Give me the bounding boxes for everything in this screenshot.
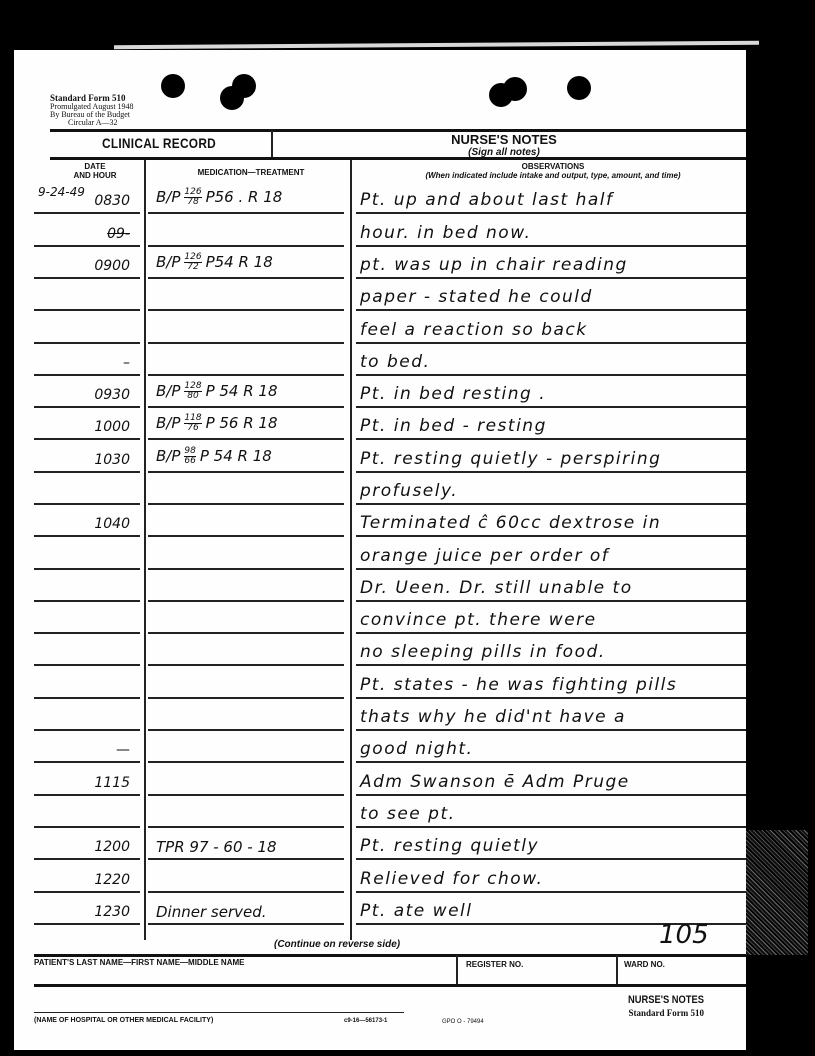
row-rule — [356, 858, 746, 860]
row-rule — [148, 826, 344, 828]
medication-entry: Dinner served. — [156, 903, 267, 921]
row-rule — [34, 503, 140, 505]
medication-entry: B/P11876P 56 R 18 — [156, 414, 278, 433]
observation-text: orange juice per order of — [360, 546, 609, 566]
entry-time: 1000 — [50, 419, 130, 435]
entry-time: 1230 — [50, 904, 130, 920]
scan-artifact — [746, 830, 808, 955]
page-top-edge — [114, 41, 759, 50]
row-rule — [356, 535, 746, 537]
row-rule — [148, 245, 344, 247]
observation-text: Pt. ate well — [360, 901, 472, 921]
row-rule — [34, 891, 140, 893]
entry-date: 9-24-49 — [38, 185, 85, 199]
row-rule — [34, 923, 140, 925]
observation-text: profusely. — [360, 481, 458, 501]
row-rule — [356, 245, 746, 247]
pulse-respiration: P 54 R 18 — [200, 447, 272, 465]
blood-pressure-fraction: 12880 — [184, 382, 201, 401]
divider — [616, 955, 618, 985]
row-rule — [356, 471, 746, 473]
row-rule — [356, 342, 746, 344]
punch-hole — [567, 76, 591, 100]
row-rule — [148, 212, 344, 214]
form-page: Standard Form 510 Promulgated August 194… — [14, 50, 746, 1050]
row-rule — [34, 342, 140, 344]
row-rule — [34, 761, 140, 763]
entry-time: 09- — [50, 226, 130, 242]
entry-time: 1030 — [50, 452, 130, 468]
row-rule — [148, 406, 344, 408]
footer-form-name: NURSE'S NOTES — [594, 994, 705, 1006]
divider — [50, 157, 746, 160]
row-rule — [34, 438, 140, 440]
circular-label: Circular A—32 — [50, 119, 150, 127]
row-rule — [148, 503, 344, 505]
row-rule — [34, 309, 140, 311]
clinical-record-title: CLINICAL RECORD — [102, 135, 216, 151]
row-rule — [356, 826, 746, 828]
punch-hole — [220, 86, 244, 110]
medication-entry: TPR 97 - 60 - 18 — [156, 838, 277, 856]
punch-hole — [489, 83, 513, 107]
form-id-block: Standard Form 510 Promulgated August 194… — [50, 94, 150, 127]
medication-entry: B/P12880P 54 R 18 — [156, 382, 278, 401]
bp-label: B/P — [156, 447, 180, 465]
row-rule — [34, 471, 140, 473]
entry-time: 1220 — [50, 872, 130, 888]
entry-time: 1200 — [50, 839, 130, 855]
bp-label: B/P — [156, 188, 180, 206]
column-divider — [350, 160, 352, 940]
observation-text: paper - stated he could — [360, 287, 593, 307]
row-rule — [34, 664, 140, 666]
column-divider — [144, 160, 146, 940]
observation-text: convince pt. there were — [360, 610, 597, 630]
observation-text: to bed. — [360, 352, 430, 372]
gpo-code: GPO O - 79494 — [442, 1019, 484, 1025]
observation-text: Dr. Ueen. Dr. still unable to — [360, 578, 633, 598]
row-rule — [148, 632, 344, 634]
medication-text: TPR 97 - 60 - 18 — [156, 838, 277, 856]
row-rule — [34, 826, 140, 828]
medication-treatment-header: MEDICATION—TREATMENT — [148, 168, 354, 177]
register-no-label: REGISTER NO. — [466, 960, 523, 969]
diastolic-value: 76 — [184, 424, 201, 433]
row-rule — [148, 438, 344, 440]
row-rule — [148, 374, 344, 376]
blood-pressure-fraction: 9866 — [184, 447, 195, 466]
hospital-name-label: (NAME OF HOSPITAL OR OTHER MEDICAL FACIL… — [34, 1017, 213, 1024]
hour-header-line: AND HOUR — [58, 171, 132, 180]
continue-note: (Continue on reverse side) — [274, 939, 400, 950]
row-rule — [148, 794, 344, 796]
entry-time: — — [50, 742, 130, 758]
bp-label: B/P — [156, 414, 180, 432]
divider — [456, 955, 458, 985]
row-rule — [34, 568, 140, 570]
pulse-respiration: P 56 R 18 — [206, 414, 278, 432]
row-rule — [34, 632, 140, 634]
entry-time: 1115 — [50, 775, 130, 791]
diastolic-value: 78 — [184, 198, 201, 207]
diastolic-value: 72 — [184, 263, 201, 272]
observation-text: Pt. resting quietly - perspiring — [360, 449, 661, 469]
row-rule — [356, 277, 746, 279]
row-rule — [34, 535, 140, 537]
row-rule — [356, 309, 746, 311]
row-rule — [148, 471, 344, 473]
blood-pressure-fraction: 11876 — [184, 414, 201, 433]
row-rule — [34, 212, 140, 214]
row-rule — [148, 761, 344, 763]
row-rule — [148, 858, 344, 860]
row-rule — [356, 891, 746, 893]
hospital-name-line — [34, 1012, 404, 1013]
row-rule — [34, 697, 140, 699]
nurses-notes-title: NURSE'S NOTES — [354, 132, 654, 147]
row-rule — [356, 438, 746, 440]
punch-hole — [161, 74, 185, 98]
pulse-respiration: P54 R 18 — [206, 253, 273, 271]
row-rule — [148, 342, 344, 344]
row-rule — [356, 568, 746, 570]
observation-text: hour. in bed now. — [360, 223, 531, 243]
row-rule — [356, 761, 746, 763]
entry-time: 0900 — [50, 258, 130, 274]
medication-entry: B/P9866P 54 R 18 — [156, 447, 272, 466]
row-rule — [356, 632, 746, 634]
observation-text: Adm Swanson ē Adm Pruge — [360, 772, 630, 792]
blood-pressure-fraction: 12672 — [184, 253, 201, 272]
pulse-respiration: P56 . R 18 — [206, 188, 283, 206]
pulse-respiration: P 54 R 18 — [206, 382, 278, 400]
row-rule — [148, 729, 344, 731]
observations-header: OBSERVATIONS — [358, 162, 748, 171]
nurses-notes-header: NURSE'S NOTES (Sign all notes) — [354, 132, 654, 158]
divider — [271, 130, 273, 158]
observation-text: thats why he did'nt have a — [360, 707, 626, 727]
print-code: c9-16—56173-1 — [344, 1018, 387, 1024]
row-rule — [34, 600, 140, 602]
observation-text: Pt. resting quietly — [360, 836, 539, 856]
row-rule — [148, 923, 344, 925]
row-rule — [356, 503, 746, 505]
row-rule — [148, 568, 344, 570]
row-rule — [356, 212, 746, 214]
date-hour-header: DATE AND HOUR — [58, 162, 132, 180]
blood-pressure-fraction: 12678 — [184, 188, 201, 207]
row-rule — [356, 729, 746, 731]
medication-entry: B/P12678P56 . R 18 — [156, 188, 282, 207]
row-rule — [356, 794, 746, 796]
diastolic-value: 80 — [184, 392, 201, 401]
page-number: 105 — [659, 920, 709, 950]
diastolic-value: 66 — [184, 457, 195, 466]
footer-form-number: Standard Form 510 — [574, 1008, 704, 1018]
row-rule — [148, 309, 344, 311]
row-rule — [34, 858, 140, 860]
row-rule — [34, 277, 140, 279]
observation-text: Pt. in bed - resting — [360, 416, 547, 436]
row-rule — [356, 406, 746, 408]
entry-time: 1040 — [50, 516, 130, 532]
observations-instructions: (When indicated include intake and outpu… — [358, 171, 748, 180]
observation-text: Pt. up and about last half — [360, 190, 614, 210]
row-rule — [148, 600, 344, 602]
divider — [34, 954, 746, 957]
entry-time: 0930 — [50, 387, 130, 403]
observation-text: pt. was up in chair reading — [360, 255, 628, 275]
observation-text: Relieved for chow. — [360, 869, 543, 889]
row-rule — [148, 664, 344, 666]
row-rule — [356, 600, 746, 602]
row-rule — [34, 729, 140, 731]
bp-label: B/P — [156, 382, 180, 400]
observation-text: Terminated ĉ 60cc dextrose in — [360, 513, 661, 533]
row-rule — [148, 891, 344, 893]
patient-name-label: PATIENT'S LAST NAME—FIRST NAME—MIDDLE NA… — [34, 958, 245, 967]
row-rule — [34, 245, 140, 247]
observation-text: to see pt. — [360, 804, 456, 824]
observation-text: Pt. states - he was fighting pills — [360, 675, 677, 695]
row-rule — [356, 697, 746, 699]
ward-no-label: WARD NO. — [624, 960, 665, 969]
observation-text: feel a reaction so back — [360, 320, 588, 340]
row-rule — [356, 374, 746, 376]
date-header-line: DATE — [58, 162, 132, 171]
row-rule — [148, 697, 344, 699]
row-rule — [34, 374, 140, 376]
observation-text: good night. — [360, 739, 473, 759]
row-rule — [148, 277, 344, 279]
divider — [34, 984, 746, 987]
row-rule — [34, 406, 140, 408]
row-rule — [34, 794, 140, 796]
observation-text: no sleeping pills in food. — [360, 642, 606, 662]
row-rule — [148, 535, 344, 537]
observation-text: Pt. in bed resting . — [360, 384, 546, 404]
medication-entry: B/P12672P54 R 18 — [156, 253, 273, 272]
entry-time: – — [50, 355, 130, 371]
medication-text: Dinner served. — [156, 903, 267, 921]
row-rule — [356, 664, 746, 666]
bp-label: B/P — [156, 253, 180, 271]
